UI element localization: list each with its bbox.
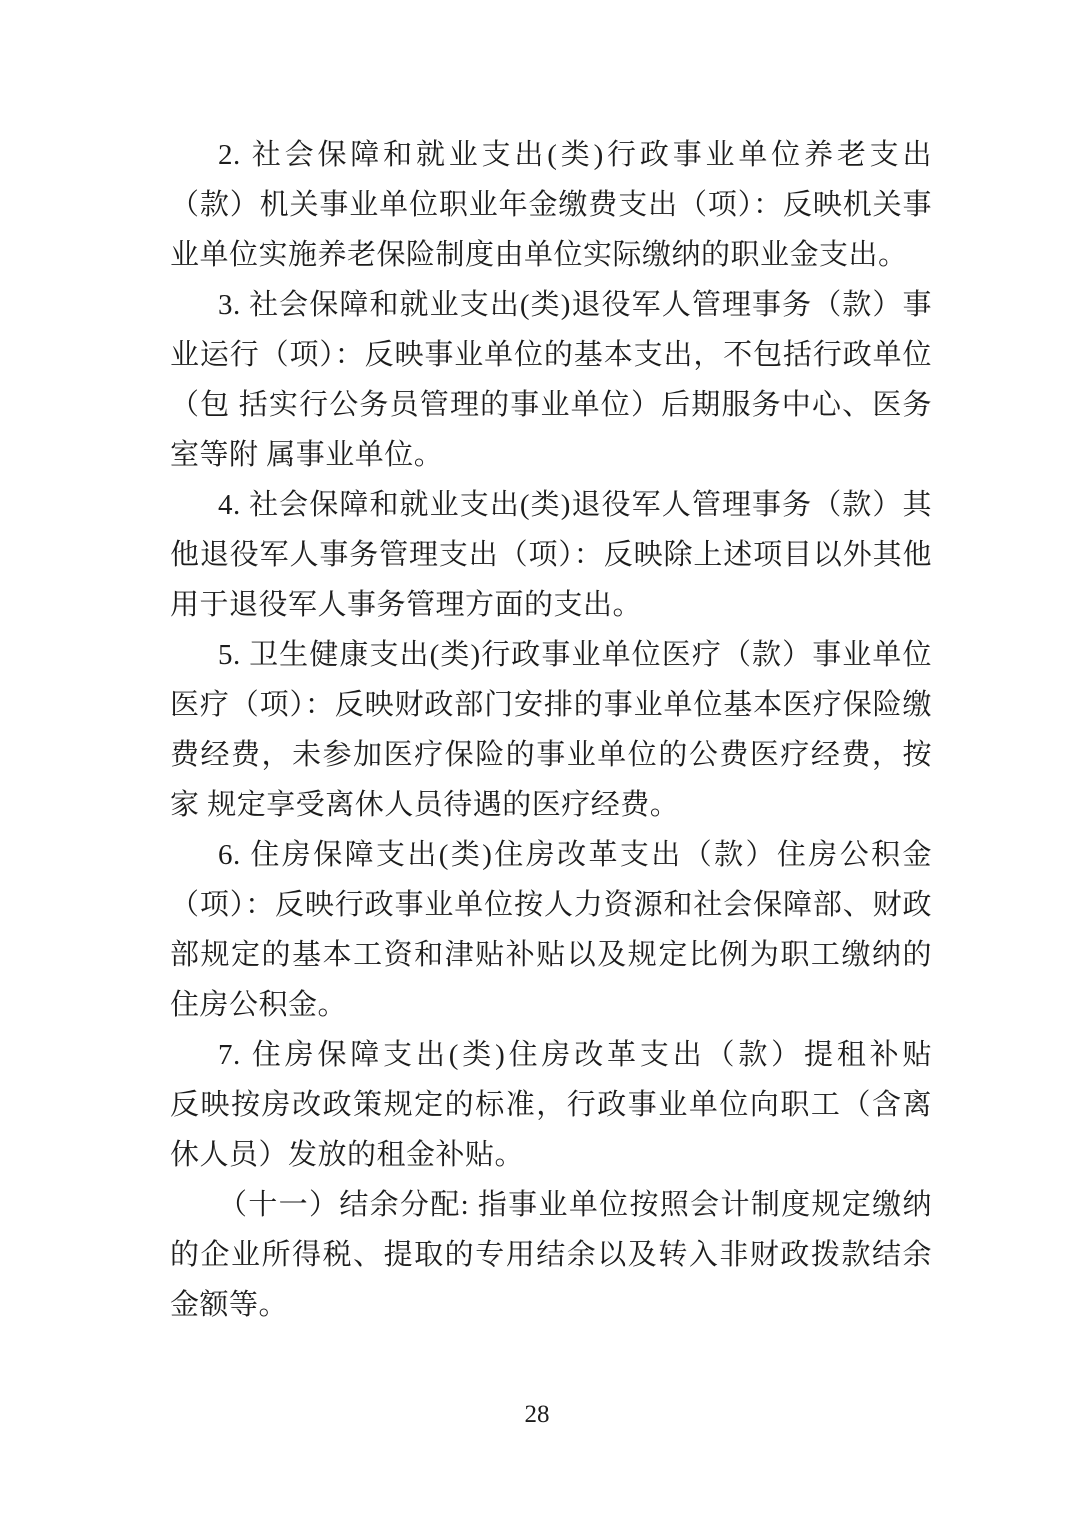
- paragraph-line: 反映按房改政策规定的标准，行政事业单位向职工（含离退: [170, 1080, 932, 1130]
- paragraph-line: 部规定的基本工资和津贴补贴以及规定比例为职工缴纳的: [170, 930, 932, 980]
- paragraph-line: 休人员）发放的租金补贴。: [170, 1130, 932, 1180]
- paragraph-line: 他退役军人事务管理支出（项）：反映除上述项目以外其他: [170, 530, 932, 580]
- paragraph-line: （包 括实行公务员管理的事业单位）后期服务中心、医务: [170, 380, 932, 430]
- paragraph-item-11: （十一）结余分配: 指事业单位按照会计制度规定缴纳 的企业所得税、提取的专用结余…: [170, 1180, 932, 1330]
- paragraph-item-3: 3. 社会保障和就业支出(类)退役军人管理事务（款）事 业运行（项）：反映事业单…: [170, 280, 932, 480]
- paragraph-line: 2. 社会保障和就业支出(类)行政事业单位养老支出: [170, 130, 932, 180]
- paragraph-item-6: 6. 住房保障支出(类)住房改革支出（款）住房公积金 （项）：反映行政事业单位按…: [170, 830, 932, 1030]
- paragraph-item-7: 7. 住房保障支出(类)住房改革支出（款）提租补贴（项）: 反映按房改政策规定的…: [170, 1030, 932, 1180]
- paragraph-line: 室等附 属事业单位。: [170, 430, 932, 480]
- paragraph-line: 家 规定享受离休人员待遇的医疗经费。: [170, 780, 932, 830]
- paragraph-line: （款）机关事业单位职业年金缴费支出（项）：反映机关事: [170, 180, 932, 230]
- paragraph-item-5: 5. 卫生健康支出(类)行政事业单位医疗（款）事业单位 医疗（项）：反映财政部门…: [170, 630, 932, 830]
- document-body: 2. 社会保障和就业支出(类)行政事业单位养老支出 （款）机关事业单位职业年金缴…: [170, 130, 932, 1330]
- paragraph-line: 业单位实施养老保险制度由单位实际缴纳的职业金支出。: [170, 230, 932, 280]
- paragraph-line: 费经费，未参加医疗保险的事业单位的公费医疗经费，按国: [170, 730, 932, 780]
- paragraph-line: 用于退役军人事务管理方面的支出。: [170, 580, 932, 630]
- page-number: 28: [0, 1395, 1074, 1435]
- paragraph-item-2: 2. 社会保障和就业支出(类)行政事业单位养老支出 （款）机关事业单位职业年金缴…: [170, 130, 932, 280]
- paragraph-line: （项）：反映行政事业单位按人力资源和社会保障部、财政: [170, 880, 932, 930]
- paragraph-line: 金额等。: [170, 1280, 932, 1330]
- paragraph-line: 3. 社会保障和就业支出(类)退役军人管理事务（款）事: [170, 280, 932, 330]
- paragraph-line: （十一）结余分配: 指事业单位按照会计制度规定缴纳: [170, 1180, 932, 1230]
- paragraph-line: 4. 社会保障和就业支出(类)退役军人管理事务（款）其: [170, 480, 932, 530]
- paragraph-line: 的企业所得税、提取的专用结余以及转入非财政拨款结余的: [170, 1230, 932, 1280]
- paragraph-line: 住房公积金。: [170, 980, 932, 1030]
- paragraph-line: 7. 住房保障支出(类)住房改革支出（款）提租补贴（项）:: [170, 1030, 932, 1080]
- paragraph-line: 5. 卫生健康支出(类)行政事业单位医疗（款）事业单位: [170, 630, 932, 680]
- paragraph-item-4: 4. 社会保障和就业支出(类)退役军人管理事务（款）其 他退役军人事务管理支出（…: [170, 480, 932, 630]
- paragraph-line: 6. 住房保障支出(类)住房改革支出（款）住房公积金: [170, 830, 932, 880]
- document-page: 2. 社会保障和就业支出(类)行政事业单位养老支出 （款）机关事业单位职业年金缴…: [0, 0, 1074, 1520]
- paragraph-line: 医疗（项）：反映财政部门安排的事业单位基本医疗保险缴: [170, 680, 932, 730]
- paragraph-line: 业运行（项）：反映事业单位的基本支出，不包括行政单位: [170, 330, 932, 380]
